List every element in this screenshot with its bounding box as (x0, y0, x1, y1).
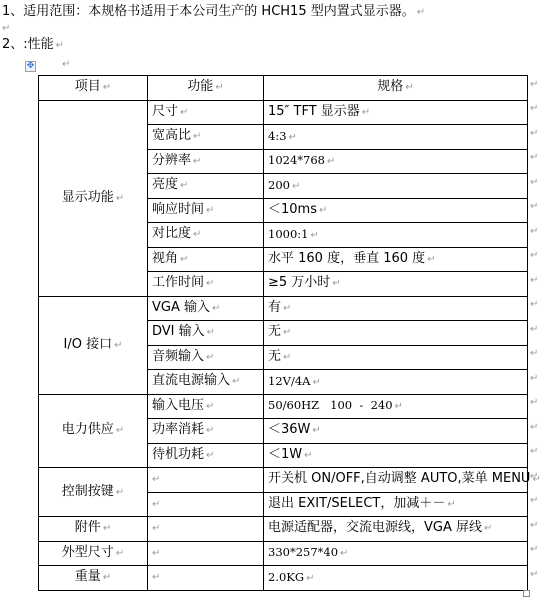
paragraph-mark-icon: ↵ (103, 523, 111, 534)
spec-value: 1024*768 (268, 153, 325, 167)
category-label: I/O 接口 (64, 337, 113, 352)
paragraph-mark-icon: ↵ (395, 401, 403, 412)
spec-value: ＜1W (268, 447, 302, 462)
paragraph-mark-icon: ↵ (327, 156, 335, 167)
spec-cell[interactable]: 50/60HZ 100 - 240↵ (264, 394, 528, 419)
paragraph-mark-icon: ↵ (207, 327, 215, 338)
feature-cell[interactable]: ↵ (148, 517, 264, 542)
paragraph-mark-icon: ↵ (180, 180, 188, 191)
paragraph-mark-icon: ↵ (206, 401, 214, 412)
spec-value: 15″ TFT 显示器 (268, 104, 360, 119)
row-end-mark-icon: ↵ (530, 471, 538, 482)
paragraph-mark-icon: ↵ (206, 352, 214, 363)
spec-value: 200 (268, 178, 290, 192)
paragraph-mark-icon: ↵ (116, 548, 124, 559)
category-cell[interactable]: I/O 接口↵ (39, 296, 148, 394)
spec-cell[interactable]: 15″ TFT 显示器↵ (264, 100, 528, 125)
section-2-heading: 性能 (28, 37, 54, 52)
spec-value: 4:3 (268, 129, 287, 143)
spec-cell[interactable]: ＜36W↵ (264, 419, 528, 444)
category-label: 电力供应 (62, 422, 114, 437)
feature-label: 直流电源输入 (152, 373, 230, 388)
paragraph-mark-icon: ↵ (289, 132, 297, 143)
spec-cell[interactable]: ＜10ms↵ (264, 198, 528, 223)
row-end-mark-icon: ↵ (530, 299, 538, 310)
feature-label: 宽高比 (152, 128, 191, 143)
spec-value: 2.0KG (268, 570, 304, 584)
row-end-mark-icon: ↵ (530, 397, 538, 408)
spec-cell[interactable]: 2.0KG↵ (264, 566, 528, 591)
feature-label: 工作时间 (152, 275, 204, 290)
table-row: 显示功能↵尺寸↵15″ TFT 显示器↵ (39, 100, 528, 125)
feature-cell[interactable]: 工作时间↵ (148, 272, 264, 297)
spec-cell[interactable]: 200↵ (264, 174, 528, 199)
feature-label: 响应时间 (152, 202, 204, 217)
empty-paragraph: ↵ (2, 20, 10, 37)
table-resize-handle[interactable] (523, 590, 530, 597)
paragraph-mark-icon: ↵ (56, 40, 64, 51)
row-end-mark-icon: ↵ (530, 128, 538, 139)
row-end-mark-icon: ↵ (530, 152, 538, 163)
row-end-mark-icon: ↵ (530, 103, 538, 114)
section-1-number: 1、 (2, 4, 23, 19)
feature-cell[interactable]: 响应时间↵ (148, 198, 264, 223)
spec-value: 有 (268, 300, 281, 315)
spec-cell[interactable]: 4:3↵ (264, 125, 528, 150)
paragraph-mark-icon: ↵ (116, 425, 124, 436)
paragraph-mark-icon: ↵ (427, 254, 435, 265)
table-row: I/O 接口↵VGA 输入↵有↵ (39, 296, 528, 321)
feature-label: 待机功耗 (152, 447, 204, 462)
paragraph-mark-icon: ↵ (319, 205, 327, 216)
feature-cell[interactable]: 宽高比↵ (148, 125, 264, 150)
paragraph-mark-icon: ↵ (206, 425, 214, 436)
paragraph-mark-icon: ↵ (193, 156, 201, 167)
category-cell[interactable]: 附件↵ (39, 517, 148, 542)
spec-value: 12V/4A (268, 374, 310, 388)
section-1-text: 本规格书适用于本公司生产的 HCH15 型内置式显示器。 (88, 4, 414, 19)
paragraph-mark-icon: ↵ (312, 425, 320, 436)
paragraph-mark-icon: ↵ (2, 23, 10, 34)
paragraph-mark-icon: ↵ (152, 572, 160, 583)
row-end-mark-icon: ↵ (530, 544, 538, 555)
row-end-mark-icon: ↵ (530, 226, 538, 237)
category-cell[interactable]: 外型尺寸↵ (39, 541, 148, 566)
row-end-mark-icon: ↵ (530, 177, 538, 188)
row-end-mark-icon: ↵ (530, 275, 538, 286)
paragraph-mark-icon: ↵ (340, 548, 348, 559)
feature-label: 功率消耗 (152, 422, 204, 437)
paragraph-mark-icon: ↵ (212, 303, 220, 314)
paragraph-mark-icon: ↵ (116, 193, 124, 204)
category-label: 显示功能 (62, 190, 114, 205)
table-header-row: 项目↵ 功能↵ 规格↵ (39, 76, 528, 101)
paragraph-mark-icon: ↵ (215, 82, 223, 93)
feature-label: DVI 输入 (152, 324, 205, 339)
row-end-mark-icon: ↵ (530, 446, 538, 457)
spec-cell[interactable]: ＜1W↵ (264, 443, 528, 468)
spec-cell[interactable]: 无↵ (264, 345, 528, 370)
paragraph-mark-icon: ↵ (180, 107, 188, 118)
paragraph-mark-icon: ↵ (310, 230, 318, 241)
row-end-mark-icon: ↵ (530, 373, 538, 384)
paragraph-mark-icon: ↵ (152, 523, 160, 534)
header-cell-spec[interactable]: 规格↵ (264, 76, 528, 101)
spec-value: ＜36W (268, 422, 310, 437)
paragraph-mark-icon: ↵ (206, 450, 214, 461)
feature-label: 输入电压 (152, 398, 204, 413)
section-1-heading: 适用范围： (23, 4, 88, 19)
paragraph-mark-icon: ↵ (152, 548, 160, 559)
paragraph-mark-icon: ↵ (180, 254, 188, 265)
paragraph-mark-icon: ↵ (62, 59, 70, 70)
category-cell[interactable]: 显示功能↵ (39, 100, 148, 296)
section-2-paragraph: 2、:性能↵ (2, 37, 64, 54)
spec-value: ≥5 万小时 (268, 275, 330, 290)
category-label: 控制按键 (62, 484, 114, 499)
paragraph-mark-icon: ↵ (103, 82, 111, 93)
spec-cell[interactable]: 12V/4A↵ (264, 370, 528, 395)
spec-value: 电源适配器，交流电源线，VGA 屏线 (268, 520, 482, 535)
paragraph-mark-icon: ↵ (405, 82, 413, 93)
paragraph-mark-icon: ↵ (283, 352, 291, 363)
row-end-mark-icon: ↵ (530, 250, 538, 261)
row-end-mark-icon: ↵ (530, 324, 538, 335)
row-end-mark-icon: ↵ (530, 79, 538, 90)
feature-cell[interactable]: 音频输入↵ (148, 345, 264, 370)
paragraph-mark-icon: ↵ (312, 377, 320, 388)
paragraph-mark-icon: ↵ (283, 303, 291, 314)
spec-value: ＜10ms (268, 202, 317, 217)
paragraph-mark-icon: ↵ (306, 573, 314, 584)
feature-label: 亮度 (152, 177, 178, 192)
feature-cell[interactable]: 待机功耗↵ (148, 443, 264, 468)
feature-cell[interactable]: ↵ (148, 468, 264, 493)
paragraph-mark-icon: ↵ (304, 450, 312, 461)
paragraph-mark-icon: ↵ (417, 7, 425, 18)
spec-cell[interactable]: 有↵ (264, 296, 528, 321)
paragraph-mark-icon: ↵ (484, 523, 492, 534)
feature-cell[interactable]: 对比度↵ (148, 223, 264, 248)
header-cell-feature[interactable]: 功能↵ (148, 76, 264, 101)
feature-label: 对比度 (152, 226, 191, 241)
feature-cell[interactable]: ↵ (148, 541, 264, 566)
spec-cell[interactable]: 水平 160 度，垂直 160 度↵ (264, 247, 528, 272)
spec-value: 330*257*40 (268, 545, 338, 559)
table-row: 外型尺寸↵↵330*257*40↵ (39, 541, 528, 566)
feature-label: VGA 输入 (152, 300, 210, 315)
table-row: 控制按键↵↵开关机 ON/OFF,自动调整 AUTO,菜单 MENU↵ (39, 468, 528, 493)
spec-cell[interactable]: 开关机 ON/OFF,自动调整 AUTO,菜单 MENU↵ (264, 468, 528, 493)
paragraph-mark-icon: ↵ (362, 107, 370, 118)
row-end-mark-icon: ↵ (530, 569, 538, 580)
feature-cell[interactable]: 输入电压↵ (148, 394, 264, 419)
paragraph-mark-icon: ↵ (193, 229, 201, 240)
paragraph-mark-icon: ↵ (152, 499, 160, 510)
paragraph-mark-icon: ↵ (206, 278, 214, 289)
spec-value: 1000:1 (268, 227, 308, 241)
paragraph-mark-icon: ↵ (283, 327, 291, 338)
feature-cell[interactable]: 直流电源输入↵ (148, 370, 264, 395)
category-cell[interactable]: 电力供应↵ (39, 394, 148, 468)
feature-label: 音频输入 (152, 349, 204, 364)
spec-table: 项目↵ 功能↵ 规格↵ 显示功能↵尺寸↵15″ TFT 显示器↵宽高比↵4:3↵… (38, 75, 528, 591)
paragraph-mark-icon: ↵ (114, 340, 122, 351)
paragraph-mark-icon: ↵ (447, 499, 455, 510)
spec-value: 50/60HZ 100 - 240 (268, 398, 393, 412)
feature-cell[interactable]: 尺寸↵ (148, 100, 264, 125)
category-label: 附件 (75, 520, 101, 535)
category-label: 外型尺寸 (62, 545, 114, 560)
feature-cell[interactable]: ↵ (148, 492, 264, 517)
paragraph-mark-icon: ↵ (103, 572, 111, 583)
row-end-mark-icon: ↵ (530, 520, 538, 531)
feature-label: 视角 (152, 251, 178, 266)
spec-value: 退出 EXIT/SELECT，加减＋－ (268, 496, 445, 511)
feature-cell[interactable]: 亮度↵ (148, 174, 264, 199)
paragraph-mark-icon: ↵ (206, 205, 214, 216)
spec-cell[interactable]: ≥5 万小时↵ (264, 272, 528, 297)
feature-cell[interactable]: DVI 输入↵ (148, 321, 264, 346)
row-end-mark-icon: ↵ (530, 495, 538, 506)
feature-cell[interactable]: ↵ (148, 566, 264, 591)
spec-cell[interactable]: 330*257*40↵ (264, 541, 528, 566)
spec-value: 水平 160 度，垂直 160 度 (268, 251, 425, 266)
table-row: 电力供应↵输入电压↵50/60HZ 100 - 240↵ (39, 394, 528, 419)
feature-cell[interactable]: VGA 输入↵ (148, 296, 264, 321)
table-row: 附件↵↵电源适配器，交流电源线，VGA 屏线↵ (39, 517, 528, 542)
spec-cell[interactable]: 1024*768↵ (264, 149, 528, 174)
feature-cell[interactable]: 功率消耗↵ (148, 419, 264, 444)
paragraph-mark-icon: ↵ (193, 131, 201, 142)
spec-cell[interactable]: 电源适配器，交流电源线，VGA 屏线↵ (264, 517, 528, 542)
spec-value: 无 (268, 349, 281, 364)
spec-cell[interactable]: 1000:1↵ (264, 223, 528, 248)
spec-value: 无 (268, 324, 281, 339)
feature-label: 分辨率 (152, 153, 191, 168)
row-end-mark-icon: ↵ (530, 201, 538, 212)
header-cell-item[interactable]: 项目↵ (39, 76, 148, 101)
paragraph-mark-icon: ↵ (232, 376, 240, 387)
row-end-mark-icon: ↵ (530, 422, 538, 433)
feature-cell[interactable]: 分辨率↵ (148, 149, 264, 174)
category-cell[interactable]: 重量↵ (39, 566, 148, 591)
category-cell[interactable]: 控制按键↵ (39, 468, 148, 517)
feature-label: 尺寸 (152, 104, 178, 119)
section-1-paragraph: 1、适用范围：本规格书适用于本公司生产的 HCH15 型内置式显示器。↵ (2, 4, 425, 21)
feature-cell[interactable]: 视角↵ (148, 247, 264, 272)
spec-cell[interactable]: 无↵ (264, 321, 528, 346)
spec-cell[interactable]: 退出 EXIT/SELECT，加减＋－↵ (264, 492, 528, 517)
table-move-handle-icon[interactable]: ✥ (25, 61, 36, 72)
paragraph-mark-icon: ↵ (292, 181, 300, 192)
paragraph-mark-icon: ↵ (152, 474, 160, 485)
row-end-mark-icon: ↵ (530, 348, 538, 359)
category-label: 重量 (75, 569, 101, 584)
paragraph-mark-icon: ↵ (116, 487, 124, 498)
spec-value: 开关机 ON/OFF,自动调整 AUTO,菜单 MENU (268, 471, 530, 486)
paragraph-mark-icon: ↵ (332, 278, 340, 289)
section-2-number: 2、: (2, 37, 28, 52)
table-row: 重量↵↵2.0KG↵ (39, 566, 528, 591)
